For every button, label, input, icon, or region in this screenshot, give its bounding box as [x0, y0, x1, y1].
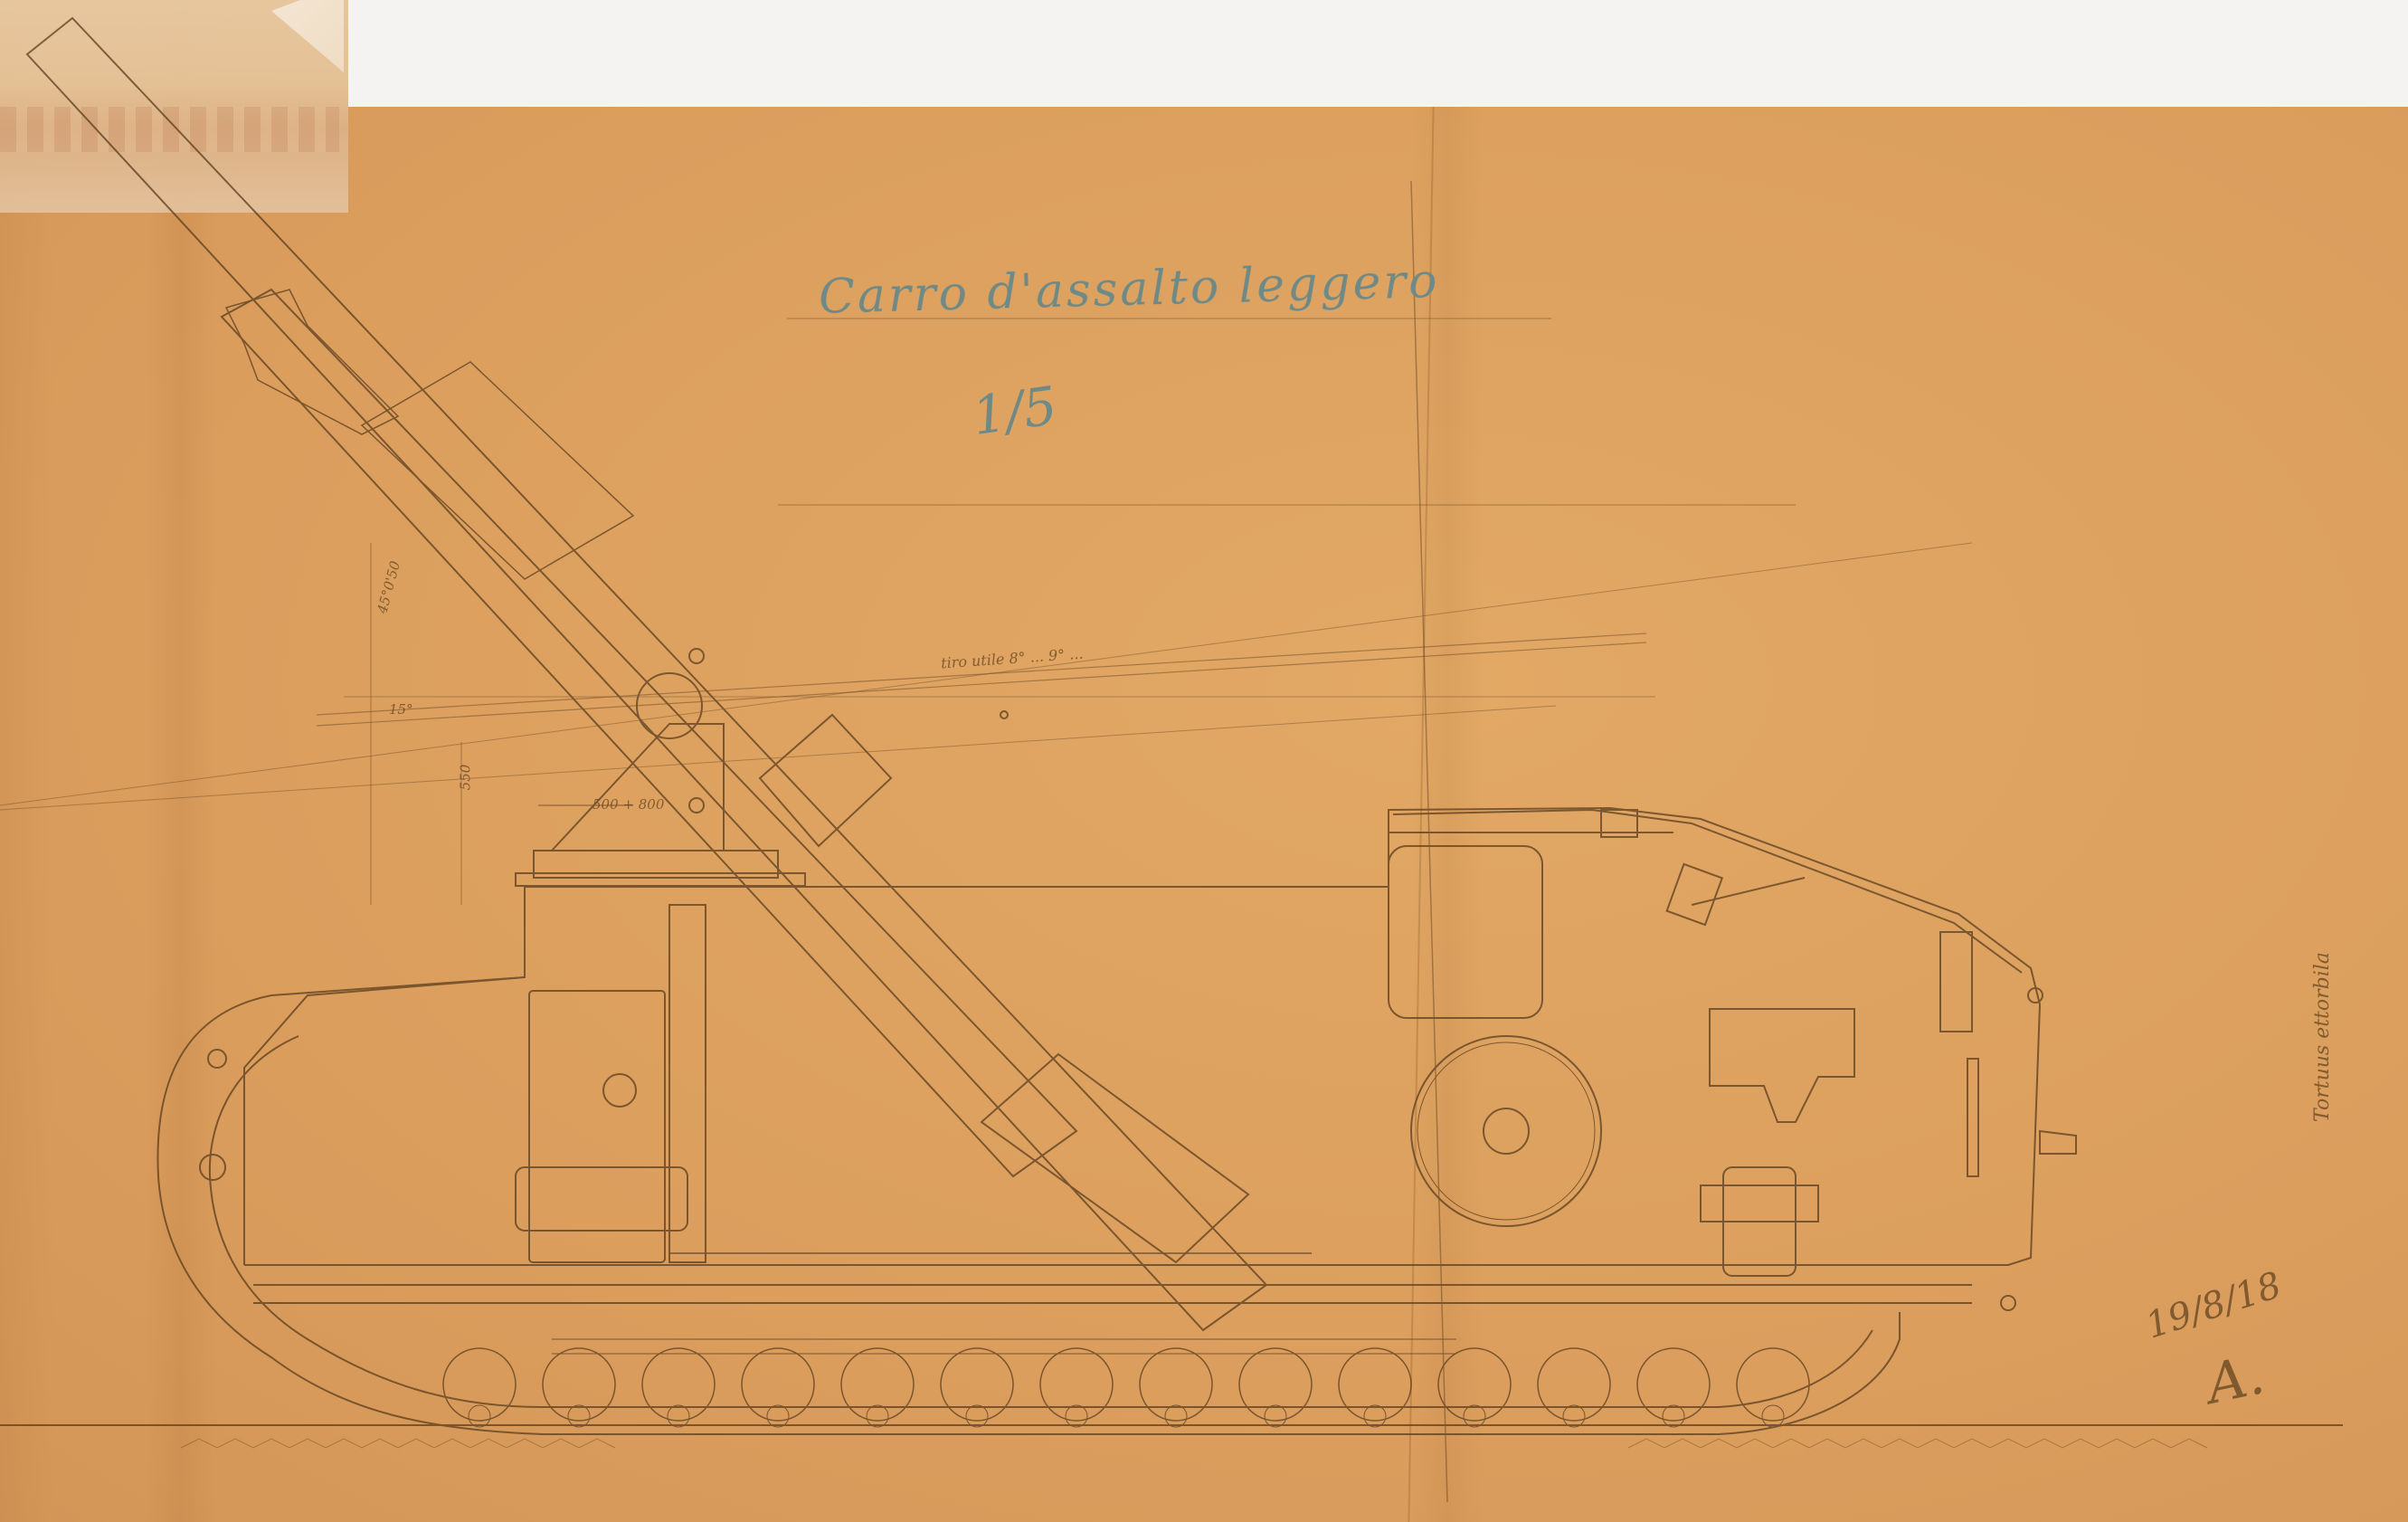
drawing-scale: 1/5	[969, 375, 1061, 447]
side-note: Tortuus ettorbila	[2311, 952, 2334, 1122]
vertical-dimension-label: 550	[457, 765, 473, 791]
horizontal-dimension-label: 500 + 800	[593, 796, 664, 813]
tank-side-elevation	[0, 0, 2408, 1522]
depression-angle-label: 15°	[389, 701, 413, 718]
